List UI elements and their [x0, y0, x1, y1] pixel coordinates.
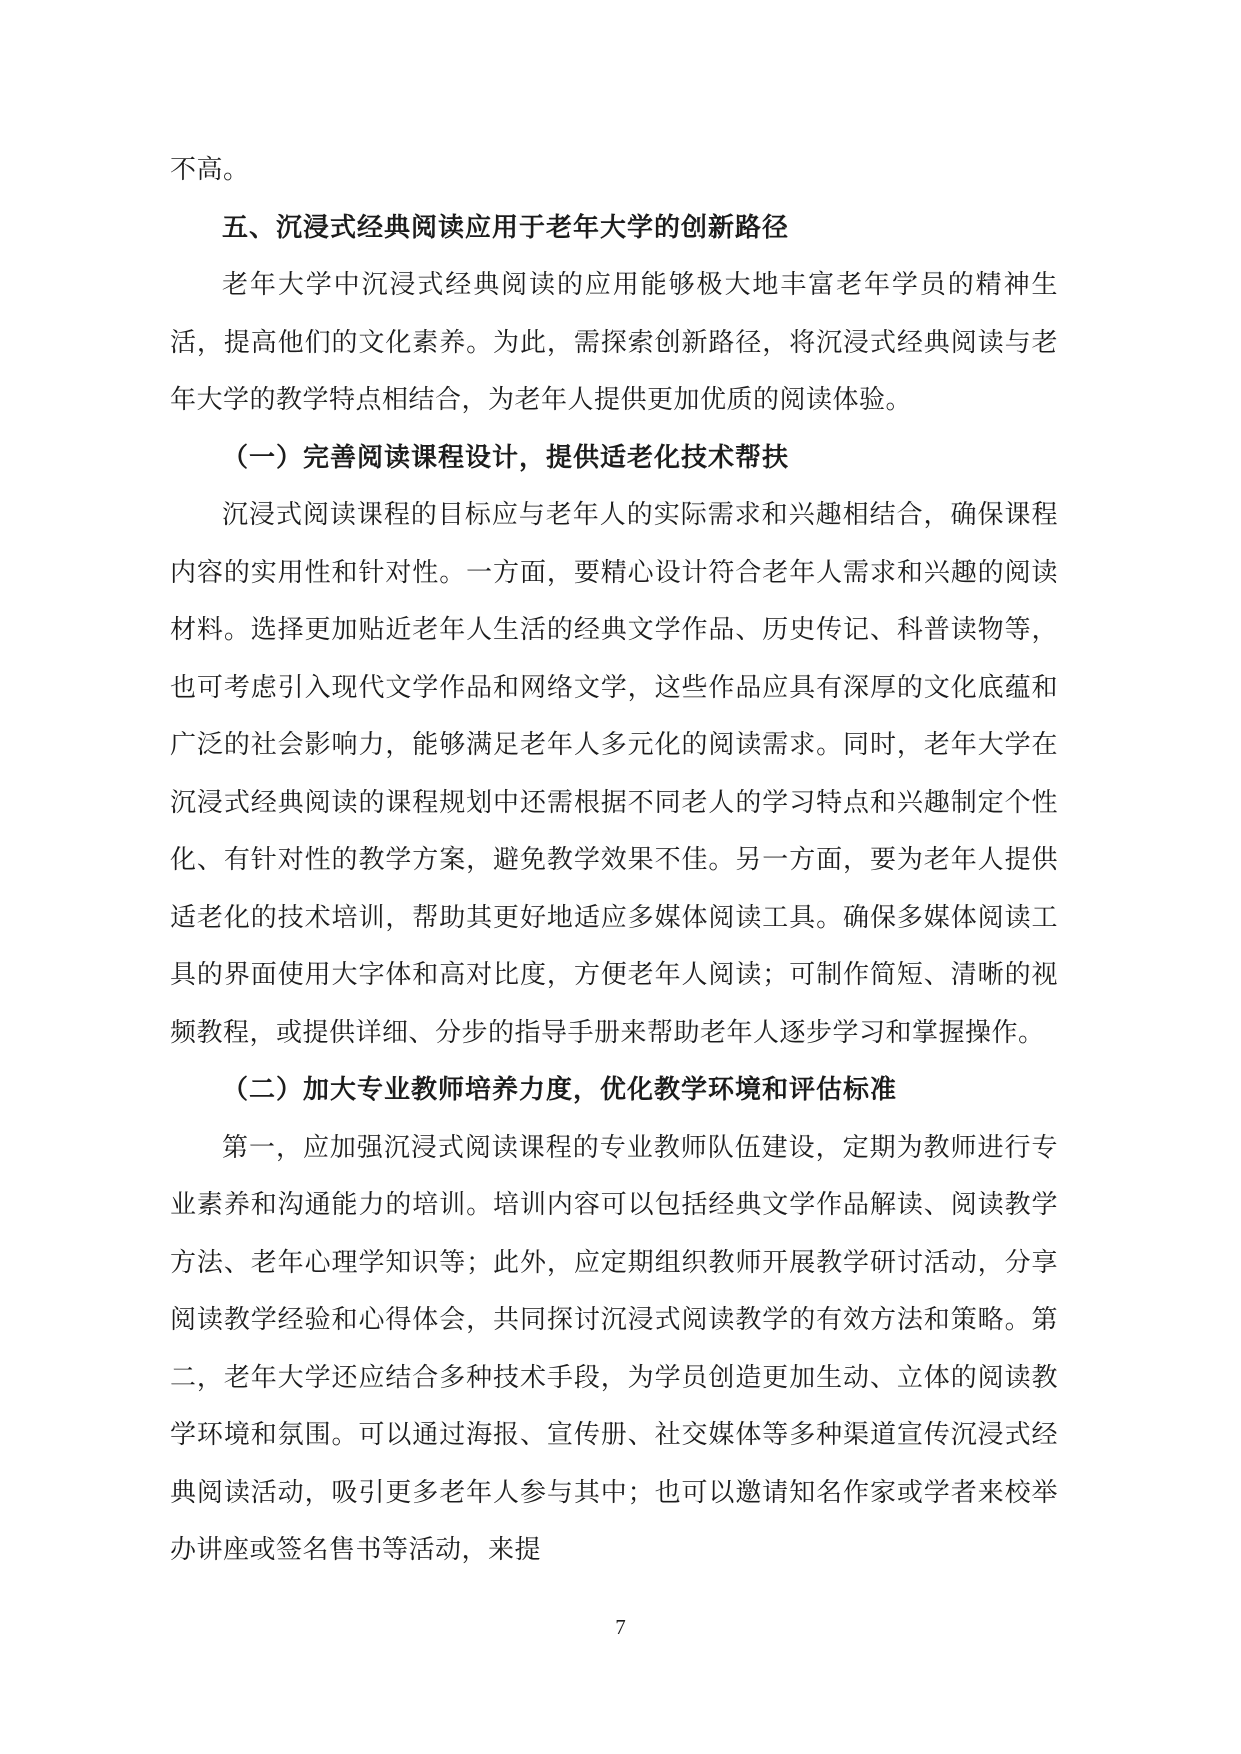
- continuation-line: 不高。: [170, 141, 1058, 199]
- document-body: 不高。 五、沉浸式经典阅读应用于老年大学的创新路径 老年大学中沉浸式经典阅读的应…: [170, 141, 1058, 1579]
- subsection-1-heading: （一）完善阅读课程设计，提供适老化技术帮扶: [170, 429, 1058, 487]
- section-heading-5: 五、沉浸式经典阅读应用于老年大学的创新路径: [170, 199, 1058, 257]
- subsection-2-heading: （二）加大专业教师培养力度，优化教学环境和评估标准: [170, 1061, 1058, 1119]
- subsection-2-paragraph: 第一，应加强沉浸式阅读课程的专业教师队伍建设，定期为教师进行专业素养和沟通能力的…: [170, 1119, 1058, 1579]
- page-number: 7: [0, 1612, 1241, 1642]
- intro-paragraph: 老年大学中沉浸式经典阅读的应用能够极大地丰富老年学员的精神生活，提高他们的文化素…: [170, 256, 1058, 429]
- document-page: 不高。 五、沉浸式经典阅读应用于老年大学的创新路径 老年大学中沉浸式经典阅读的应…: [0, 0, 1241, 1754]
- subsection-1-paragraph: 沉浸式阅读课程的目标应与老年人的实际需求和兴趣相结合，确保课程内容的实用性和针对…: [170, 486, 1058, 1061]
